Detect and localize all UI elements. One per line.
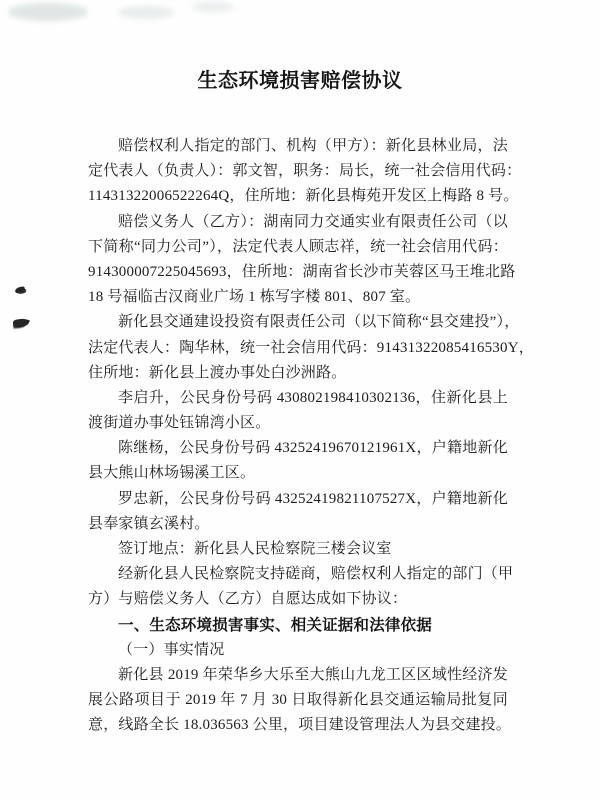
document-line: 法定代表人：陶华林，统一社会信用代码：91431322085416530Y， [88, 336, 508, 361]
scan-smudge [8, 3, 88, 21]
document-line: 陈继杨，公民身份号码 43252419670121961X，户籍地新化 [88, 436, 508, 461]
document-line: 展公路项目于 2019 年 7 月 30 日取得新化县交通运输局批复同 [88, 688, 508, 713]
document-line: 县奉家镇玄溪村。 [88, 512, 508, 537]
document-line: 经新化县人民检察院支持磋商，赔偿权利人指定的部门（甲 [88, 562, 508, 587]
document-page: 生态环境损害赔偿协议 赔偿权利人指定的部门、机构（甲方）：新化县林业局，法定代表… [0, 0, 600, 800]
document-line: 定代表人（负责人）：郭文智，职务：局长，统一社会信用代码： [88, 159, 508, 184]
document-line: 赔偿义务人（乙方）：湖南同力交通实业有限责任公司（以 [88, 210, 508, 235]
document-line: 住所地：新化县上渡办事处白沙洲路。 [88, 361, 508, 386]
document-line: 罗忠新，公民身份号码 43252419821107527X，户籍地新化 [88, 487, 508, 512]
document-line: 新化县交通建设投资有限责任公司（以下简称“县交建投”）， [88, 310, 508, 335]
document-line: 意，线路全长 18.036563 公里，项目建设管理法人为县交建投。 [88, 713, 508, 738]
document-body: 赔偿权利人指定的部门、机构（甲方）：新化县林业局，法定代表人（负责人）：郭文智，… [88, 134, 508, 739]
document-line: 方）与赔偿义务人（乙方）自愿达成如下协议： [88, 587, 508, 612]
ink-smudge [15, 286, 26, 294]
document-line: 新化县 2019 年荣华乡大乐至大熊山九龙工区区域性经济发 [88, 663, 508, 688]
scan-smudge [118, 6, 174, 19]
document-line: （一）事实情况 [88, 638, 508, 663]
document-line: 下简称“同力公司”），法定代表人顾志祥，统一社会信用代码： [88, 235, 508, 260]
ink-smudge [13, 318, 30, 328]
document-title: 生态环境损害赔偿协议 [0, 64, 600, 93]
document-line: 渡街道办事处钰锦湾小区。 [88, 411, 508, 436]
document-line: 11431322006522264Q，住所地：新化县梅苑开发区上梅路 8 号。 [88, 184, 508, 209]
scan-smudge [192, 2, 234, 12]
document-line: 李启升，公民身份号码 430802198410302136，住新化县上 [88, 386, 508, 411]
document-line: 签订地点：新化县人民检察院三楼会议室 [88, 537, 508, 562]
document-line: 18 号福临古汉商业广场 1 栋写字楼 801、807 室。 [88, 285, 508, 310]
section-heading: 一、生态环境损害事实、相关证据和法律依据 [88, 613, 508, 638]
document-line: 914300007225045693，住所地：湖南省长沙市芙蓉区马王堆北路 [88, 260, 508, 285]
document-line: 县大熊山林场锡溪工区。 [88, 461, 508, 486]
document-line: 赔偿权利人指定的部门、机构（甲方）：新化县林业局，法 [88, 134, 508, 159]
